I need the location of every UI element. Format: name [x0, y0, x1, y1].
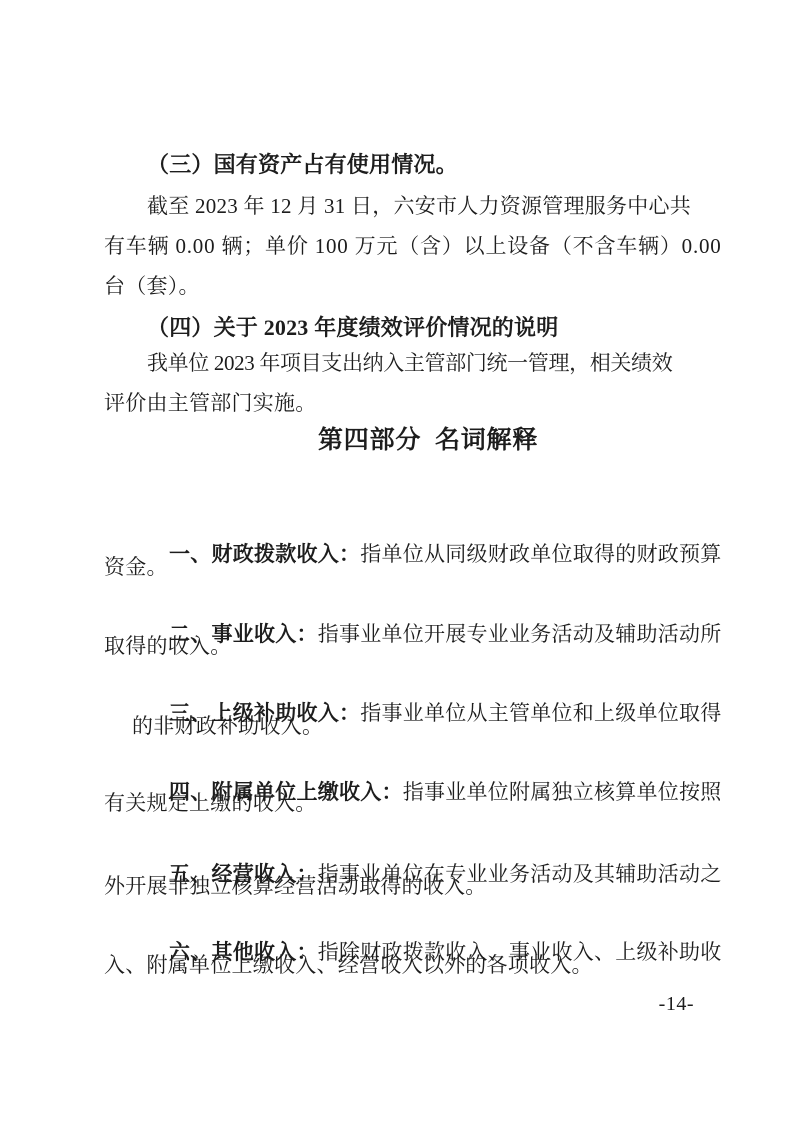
glossary-item-1-line-1: 一、财政拨款收入：指单位从同级财政单位取得的财政预算: [147, 514, 722, 595]
glossary-item-3-line-2: 的非财政补助收入。: [132, 713, 323, 740]
glossary-item-4-line-2: 有关规定上缴的收入。: [104, 790, 317, 817]
section-4-heading: （四）关于 2023 年度绩效评价情况的说明: [147, 314, 558, 341]
part-4-title: 第四部分 名词解释: [318, 427, 538, 454]
glossary-term-label: 一、财政拨款收入：: [169, 542, 360, 566]
section-3-paragraph-line: 台（套）。: [104, 273, 200, 300]
glossary-item-2-line-2: 取得的收入。: [104, 633, 232, 660]
section-3-paragraph-line: 截至 2023 年 12 月 31 日，六安市人力资源管理服务中心共: [147, 193, 691, 220]
glossary-item-2-line-1: 二、事业收入：指事业单位开展专业业务活动及辅助活动所: [147, 594, 722, 675]
glossary-definition: 指事业单位开展专业业务活动及辅助活动所: [318, 622, 722, 646]
section-4-paragraph-line: 我单位 2023 年项目支出纳入主管部门统一管理，相关绩效: [147, 350, 672, 377]
glossary-item-5-line-2: 外开展非独立核算经营活动取得的收入。: [104, 873, 487, 900]
glossary-item-6-line-2: 入、附属单位上缴收入、经营收入以外的各项收入。: [104, 952, 593, 979]
glossary-definition: 指事业单位从主管单位和上级单位取得: [360, 701, 721, 725]
section-3-heading: （三）国有资产占有使用情况。: [147, 151, 458, 178]
document-page: （三）国有资产占有使用情况。 截至 2023 年 12 月 31 日，六安市人力…: [0, 0, 793, 1122]
section-3-paragraph-line: 有车辆 0.00 辆；单价 100 万元（含）以上设备（不含车辆）0.00: [104, 233, 722, 260]
glossary-item-1-line-2: 资金。: [104, 554, 168, 581]
glossary-definition: 指事业单位附属独立核算单位按照: [403, 780, 722, 804]
glossary-definition: 指单位从同级财政单位取得的财政预算: [360, 542, 721, 566]
page-number: -14-: [659, 993, 694, 1016]
section-4-paragraph-line: 评价由主管部门实施。: [104, 390, 317, 417]
